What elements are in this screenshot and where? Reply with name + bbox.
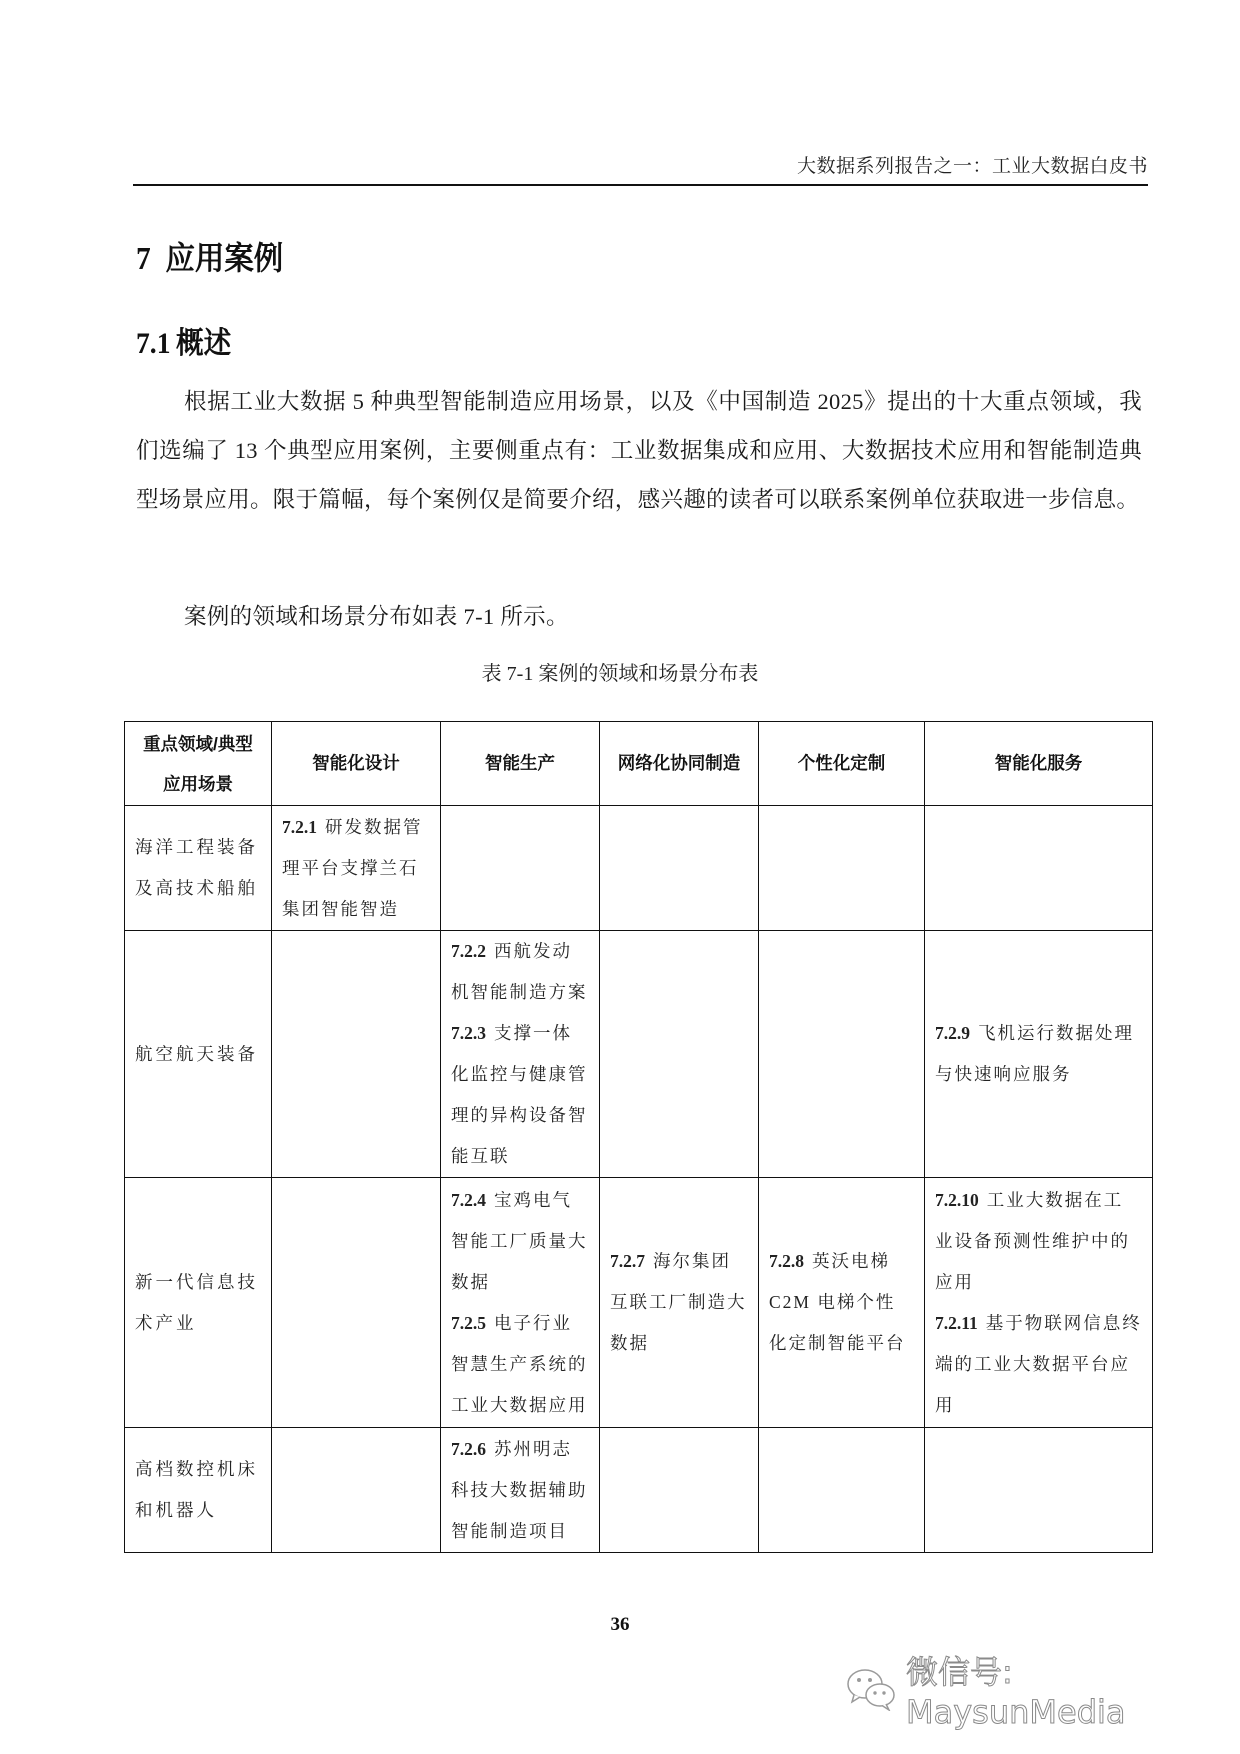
- section-number: 7.1: [136, 327, 171, 360]
- cell-design: 7.2.1研发数据管理平台支撑兰石集团智能智造: [272, 806, 441, 931]
- table-row: 高档数控机床和机器人 7.2.6苏州明志科技大数据辅助智能制造项目: [125, 1428, 1153, 1553]
- running-header: 大数据系列报告之一：工业大数据白皮书: [133, 154, 1148, 186]
- cell-design: [272, 931, 441, 1178]
- cell-collaborative: [600, 806, 759, 931]
- column-header-domain-line1: 重点领域/典型: [135, 724, 261, 764]
- chapter-number: 7: [136, 240, 151, 276]
- cell-production: 7.2.4宝鸡电气智能工厂质量大数据 7.2.5电子行业智慧生产系统的工业大数据…: [441, 1178, 600, 1428]
- cell-domain: 新一代信息技术产业: [125, 1178, 272, 1428]
- case-id: 7.2.6: [451, 1439, 486, 1459]
- column-header-domain-line2: 应用场景: [135, 764, 261, 804]
- cell-production: 7.2.2西航发动机智能制造方案 7.2.3支撑一体化监控与健康管理的异构设备智…: [441, 931, 600, 1178]
- section-heading: 7.1概述: [136, 322, 231, 366]
- cell-customization: [759, 931, 925, 1178]
- table-row: 新一代信息技术产业 7.2.4宝鸡电气智能工厂质量大数据 7.2.5电子行业智慧…: [125, 1178, 1153, 1428]
- cell-domain: 高档数控机床和机器人: [125, 1428, 272, 1553]
- case-id: 7.2.10: [935, 1190, 979, 1210]
- case-entry: 7.2.2西航发动机智能制造方案: [451, 931, 589, 1013]
- intro-paragraph: 根据工业大数据 5 种典型智能制造应用场景，以及《中国制造 2025》提出的十大…: [136, 377, 1142, 524]
- cell-customization: 7.2.8英沃电梯 C2M 电梯个性化定制智能平台: [759, 1178, 925, 1428]
- case-title: 支撑一体化监控与健康管理的异构设备智能互联: [451, 1023, 588, 1166]
- watermark: 微信号: MaysunMedia: [846, 1664, 1240, 1714]
- case-id: 7.2.3: [451, 1023, 486, 1043]
- cell-collaborative: 7.2.7海尔集团互联工厂制造大数据: [600, 1178, 759, 1428]
- page-number: 36: [0, 1614, 1240, 1636]
- cell-production: 7.2.6苏州明志科技大数据辅助智能制造项目: [441, 1428, 600, 1553]
- table-row: 航空航天装备 7.2.2西航发动机智能制造方案 7.2.3支撑一体化监控与健康管…: [125, 931, 1153, 1178]
- case-id: 7.2.5: [451, 1313, 486, 1333]
- case-id: 7.2.7: [610, 1251, 645, 1271]
- column-header-customization: 个性化定制: [759, 722, 925, 806]
- column-header-design: 智能化设计: [272, 722, 441, 806]
- watermark-text: 微信号: MaysunMedia: [906, 1647, 1240, 1731]
- section-title: 概述: [176, 327, 231, 360]
- table-header-row: 重点领域/典型 应用场景 智能化设计 智能生产 网络化协同制造 个性化定制 智能…: [125, 722, 1153, 806]
- case-distribution-table: 重点领域/典型 应用场景 智能化设计 智能生产 网络化协同制造 个性化定制 智能…: [124, 721, 1153, 1553]
- wechat-icon: [846, 1667, 898, 1711]
- cell-domain: 海洋工程装备及高技术船舶: [125, 806, 272, 931]
- case-id: 7.2.2: [451, 941, 486, 961]
- cell-domain: 航空航天装备: [125, 931, 272, 1178]
- cell-customization: [759, 1428, 925, 1553]
- cell-design: [272, 1178, 441, 1428]
- case-entry: 7.2.3支撑一体化监控与健康管理的异构设备智能互联: [451, 1013, 589, 1177]
- column-header-service: 智能化服务: [925, 722, 1153, 806]
- cell-customization: [759, 806, 925, 931]
- chapter-title: 应用案例: [165, 240, 283, 276]
- case-id: 7.2.8: [769, 1251, 804, 1271]
- column-header-collaborative: 网络化协同制造: [600, 722, 759, 806]
- case-id: 7.2.11: [935, 1313, 978, 1333]
- cell-service: [925, 806, 1153, 931]
- cell-service: 7.2.9飞机运行数据处理与快速响应服务: [925, 931, 1153, 1178]
- table-caption: 表 7-1 案例的领域和场景分布表: [0, 660, 1240, 688]
- chapter-heading: 7应用案例: [136, 236, 283, 280]
- case-id: 7.2.4: [451, 1190, 486, 1210]
- cell-service: 7.2.10工业大数据在工业设备预测性维护中的应用 7.2.11基于物联网信息终…: [925, 1178, 1153, 1428]
- cell-collaborative: [600, 1428, 759, 1553]
- table-row: 海洋工程装备及高技术船舶 7.2.1研发数据管理平台支撑兰石集团智能智造: [125, 806, 1153, 931]
- column-header-production: 智能生产: [441, 722, 600, 806]
- table-reference-paragraph: 案例的领域和场景分布如表 7-1 所示。: [136, 592, 1142, 641]
- case-id: 7.2.1: [282, 817, 317, 837]
- cell-service: [925, 1428, 1153, 1553]
- case-id: 7.2.9: [935, 1023, 970, 1043]
- column-header-domain: 重点领域/典型 应用场景: [125, 722, 272, 806]
- case-entry: 7.2.11基于物联网信息终端的工业大数据平台应用: [935, 1303, 1142, 1426]
- cell-design: [272, 1428, 441, 1553]
- running-header-title: 大数据系列报告之一：工业大数据白皮书: [797, 156, 1148, 177]
- cell-collaborative: [600, 931, 759, 1178]
- case-entry: 7.2.10工业大数据在工业设备预测性维护中的应用: [935, 1180, 1142, 1303]
- cell-production: [441, 806, 600, 931]
- case-entry: 7.2.5电子行业智慧生产系统的工业大数据应用: [451, 1303, 589, 1426]
- case-entry: 7.2.4宝鸡电气智能工厂质量大数据: [451, 1180, 589, 1303]
